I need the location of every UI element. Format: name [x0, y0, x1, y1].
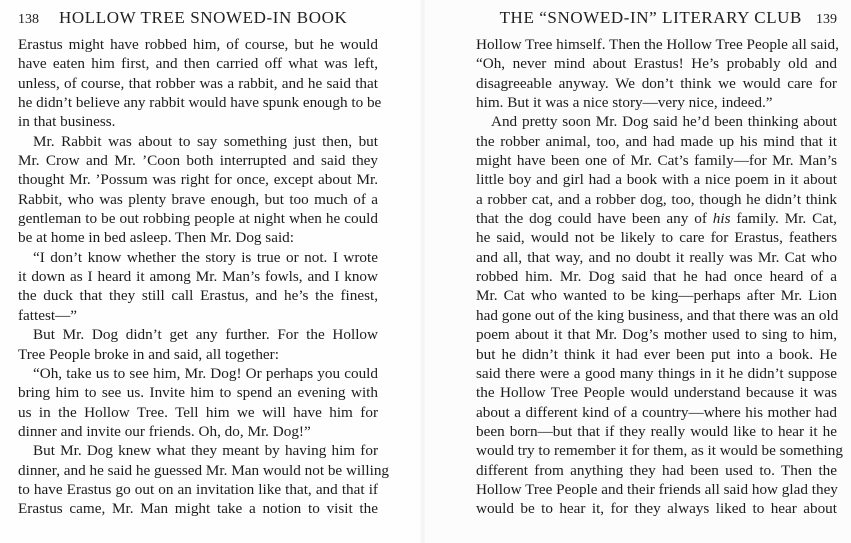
- left-body-text: Erastus might have robbed him, of course…: [18, 35, 378, 519]
- text-line: But Mr. Dog knew what they meant by havi…: [18, 441, 378, 460]
- text-line: bring him to see us. Invite him to spend…: [18, 383, 378, 402]
- right-page-number: 139: [816, 12, 837, 27]
- text-line: robbed him. Mr. Dog said that he had onc…: [476, 267, 837, 286]
- text-line: about a different kind of a country—wher…: [476, 403, 837, 422]
- left-running-head-title: HOLLOW TREE SNOWED-IN BOOK: [59, 8, 347, 27]
- text-line: been born—but that if they really would …: [476, 422, 837, 441]
- text-line: he said, would not be likely to care for…: [476, 228, 837, 247]
- left-page-number: 138: [18, 12, 39, 27]
- text-line: Hollow Tree himself. Then the Hollow Tre…: [476, 35, 837, 54]
- text-line: the robber animal, too, and had made up …: [476, 132, 837, 151]
- text-line: would be to hear it, for they always lik…: [476, 499, 837, 518]
- right-page: THE “SNOWED-IN” LITERARY CLUB139 Hollow …: [425, 0, 851, 543]
- text-line: the Hollow Tree People would understand …: [476, 383, 837, 402]
- text-line: Rabbit, who was plenty brave enough, but…: [18, 190, 378, 209]
- right-body-text: Hollow Tree himself. Then the Hollow Tre…: [476, 35, 837, 519]
- text-line: have eaten him first, and then carried o…: [18, 54, 378, 73]
- book-spread: 138HOLLOW TREE SNOWED-IN BOOK Erastus mi…: [0, 0, 851, 543]
- text-line: different from anything they had been us…: [476, 461, 837, 480]
- text-line: Mr. Rabbit was about to say something ju…: [18, 132, 378, 151]
- text-line: might have been one of Mr. Cat’s family—…: [476, 151, 837, 170]
- text-line: unless, of course, that robber was a rab…: [18, 74, 378, 93]
- text-line: gentleman to be out robbing people at ni…: [18, 209, 378, 228]
- text-line: And pretty soon Mr. Dog said he’d been t…: [476, 112, 837, 131]
- left-page: 138HOLLOW TREE SNOWED-IN BOOK Erastus mi…: [0, 0, 425, 543]
- text-line: had gone out of the king business, and t…: [476, 306, 837, 325]
- text-line: it down as I heard it among Mr. Man’s fo…: [18, 267, 378, 286]
- text-line: in that business.: [18, 112, 378, 131]
- italic-emphasis: his: [713, 210, 731, 227]
- text-line: little boy and girl had a book with a ni…: [476, 170, 837, 189]
- right-running-head-title: THE “SNOWED-IN” LITERARY CLUB: [500, 8, 802, 27]
- text-line: dinner and invite our friends. Oh, do, M…: [18, 422, 378, 441]
- left-running-head: 138HOLLOW TREE SNOWED-IN BOOK: [18, 8, 378, 30]
- text-line: that the dog could have been any of his …: [476, 209, 837, 228]
- text-line: Hollow Tree People and their friends all…: [476, 480, 837, 499]
- text-line: Mr. Crow and Mr. ’Coon both interrupted …: [18, 151, 378, 170]
- right-running-head: THE “SNOWED-IN” LITERARY CLUB139: [476, 8, 837, 30]
- text-line: a robber cat, and a robber dog, too, tho…: [476, 190, 837, 209]
- text-line: “Oh, take us to see him, Mr. Dog! Or per…: [18, 364, 378, 383]
- text-line: us in the Hollow Tree. Tell him we will …: [18, 403, 378, 422]
- text-line: said there were a good many things in it…: [476, 364, 837, 383]
- text-line: but he didn’t think it had ever been put…: [476, 345, 837, 364]
- text-line: he didn’t believe any rabbit would have …: [18, 93, 378, 112]
- text-line: be at home in bed asleep. Then Mr. Dog s…: [18, 228, 378, 247]
- text-line: to have Erastus go out on an invitation …: [18, 480, 378, 499]
- text-line: the duck that they still call Erastus, a…: [18, 286, 378, 305]
- text-line: would try to remember it for them, as it…: [476, 441, 837, 460]
- text-line: But Mr. Dog didn’t get any further. For …: [18, 325, 378, 344]
- text-line: “Oh, never mind about Erastus! He’s prob…: [476, 54, 837, 73]
- text-line: Erastus might have robbed him, of course…: [18, 35, 378, 54]
- text-line: “I don’t know whether the story is true …: [18, 248, 378, 267]
- text-line: Tree People broke in and said, all toget…: [18, 345, 378, 364]
- text-line: thought Mr. ’Possum was right for once, …: [18, 170, 378, 189]
- text-line: disagreeable anyway. We don’t think we w…: [476, 74, 837, 93]
- text-line: and all, that way, and no doubt it reall…: [476, 248, 837, 267]
- text-line: fattest—”: [18, 306, 378, 325]
- text-line: Mr. Cat who wanted to be king—perhaps af…: [476, 286, 837, 305]
- text-line: him. But it was a nice story—very nice, …: [476, 93, 837, 112]
- text-line: poem about it that Mr. Dog’s mother used…: [476, 325, 837, 344]
- text-line: Erastus came, Mr. Man might take a notio…: [18, 499, 378, 518]
- text-line: dinner, and he said he guessed Mr. Man w…: [18, 461, 378, 480]
